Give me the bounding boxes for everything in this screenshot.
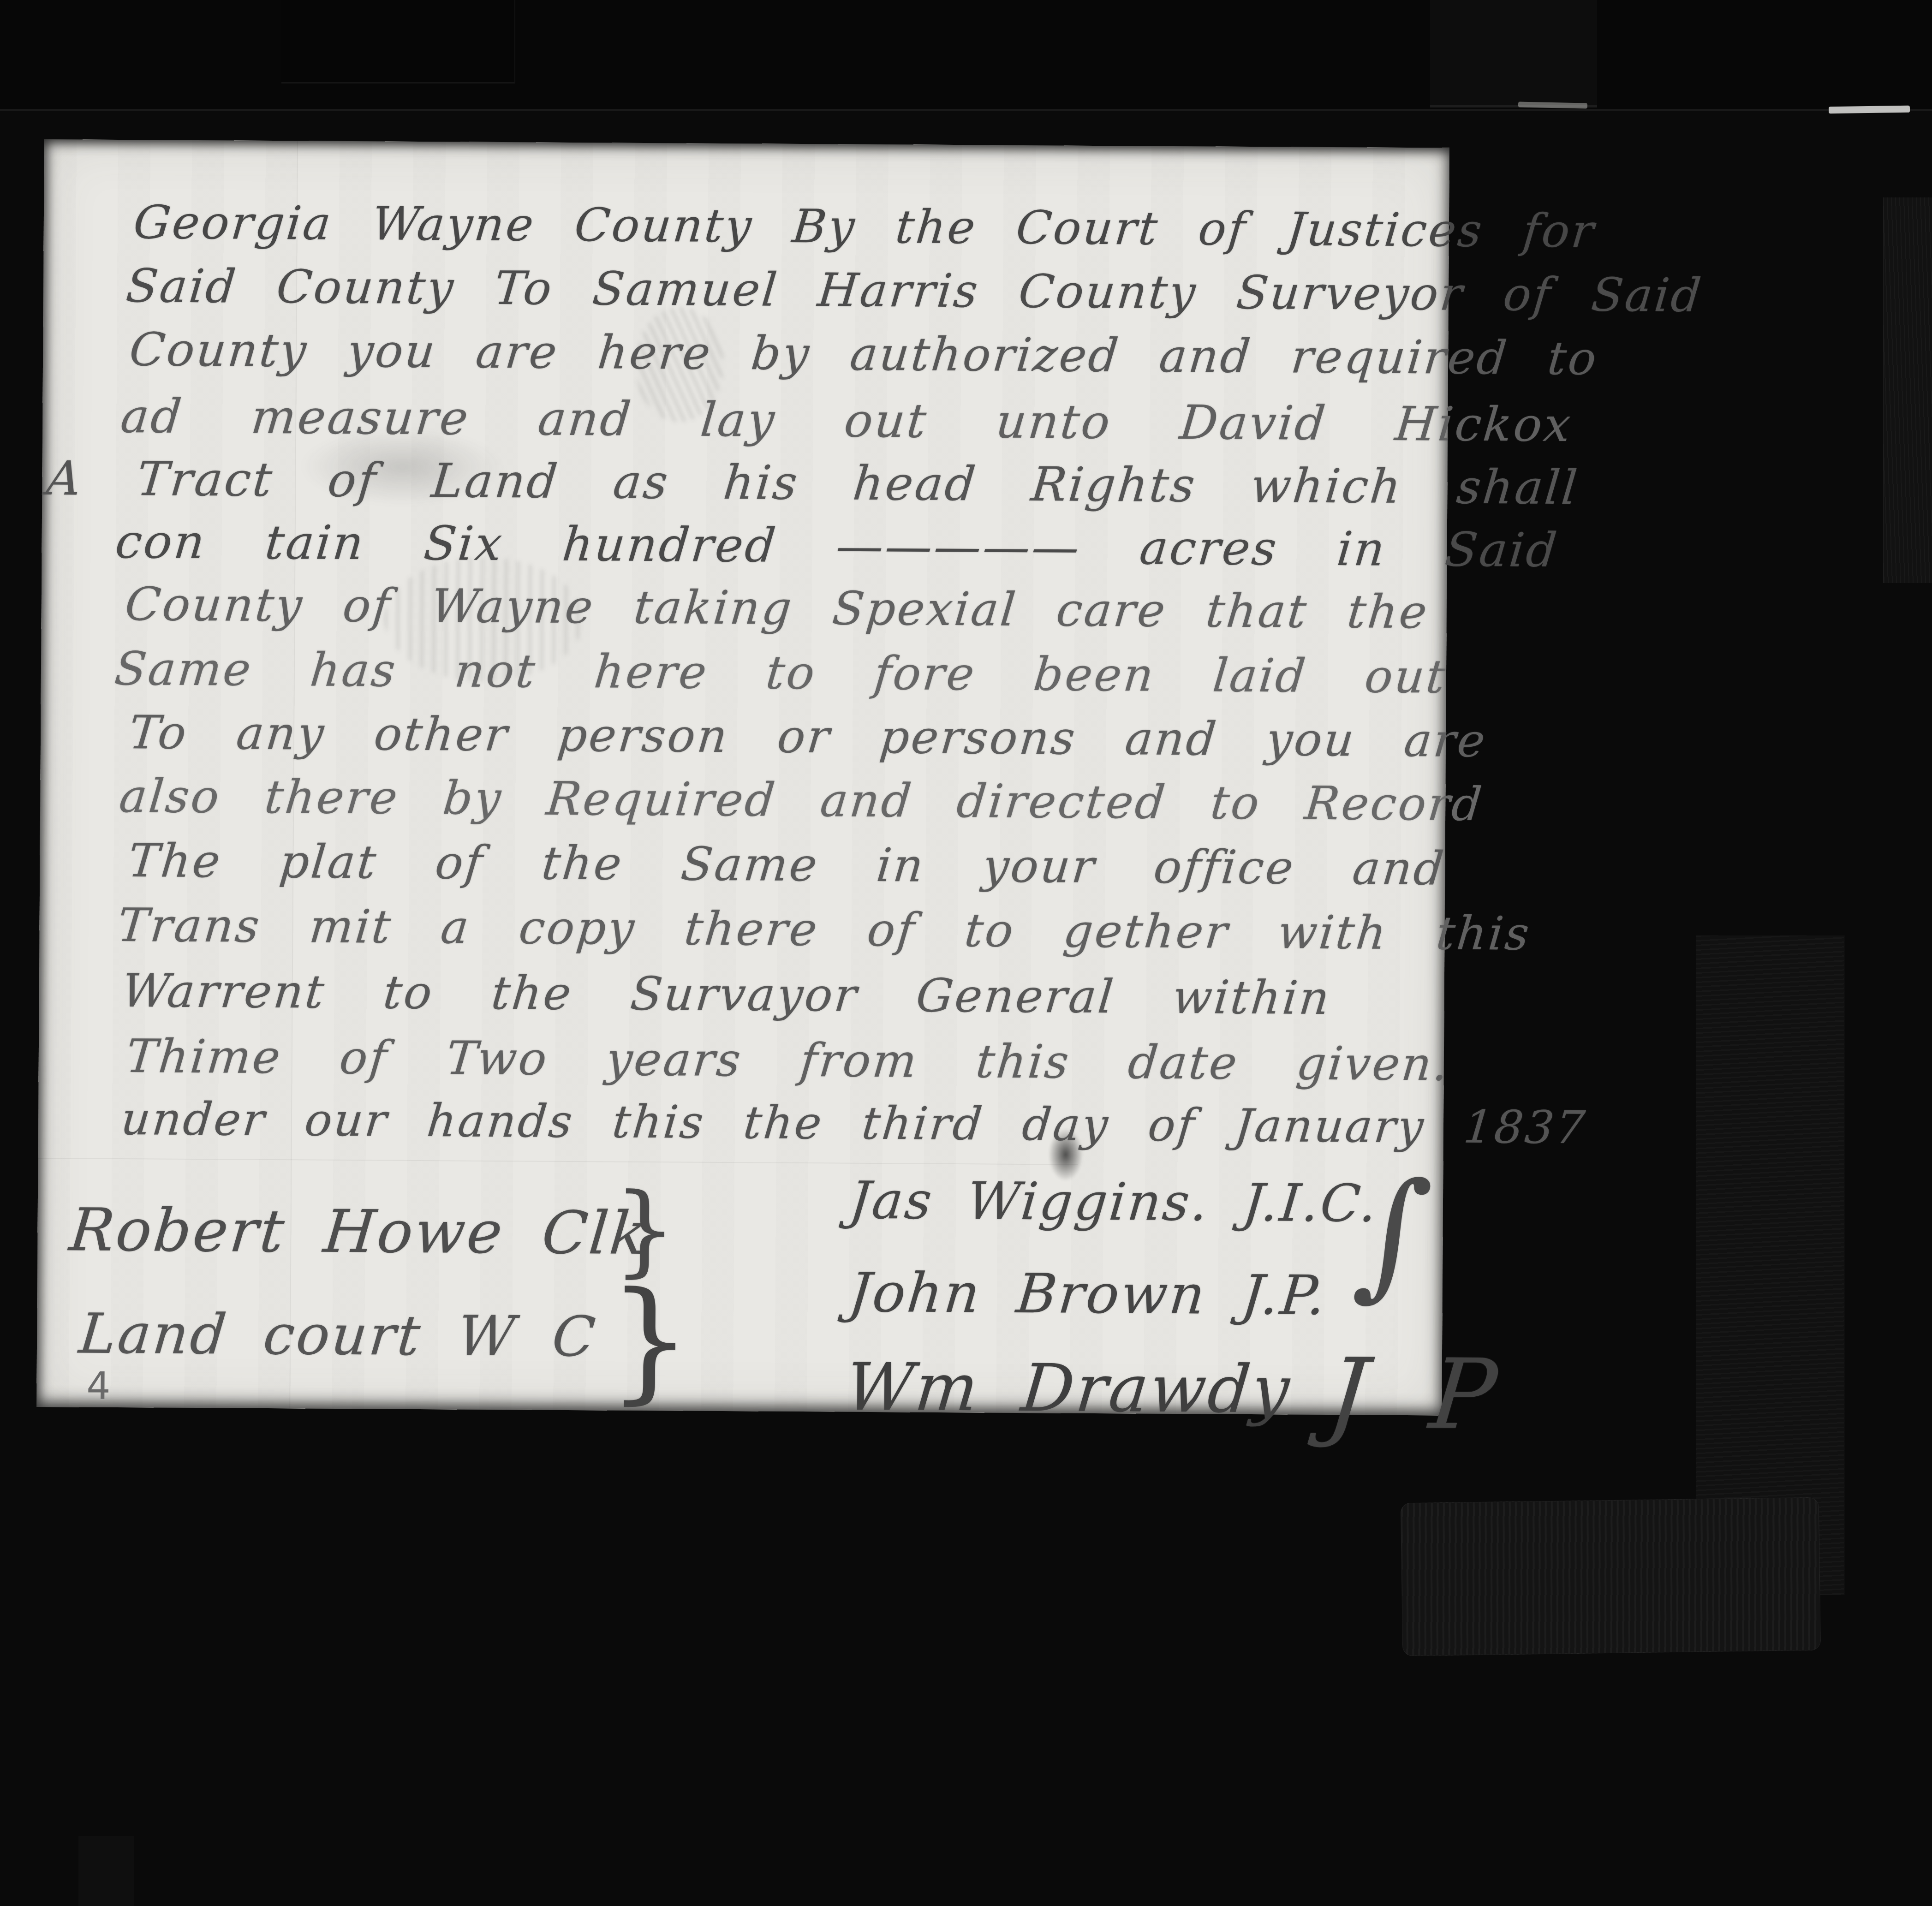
torn-paper-sliver-right bbox=[1829, 106, 1910, 113]
handwritten-line-2: Said County To Samuel Harris County Surv… bbox=[124, 259, 1705, 322]
handwritten-line-3: County you are here by authorized and re… bbox=[127, 322, 1600, 385]
handwritten-line-1: Georgia Wayne County By the Court of Jus… bbox=[131, 195, 1598, 258]
handwritten-line-8: Same has not here to fore been laid out bbox=[113, 642, 1449, 704]
handwritten-line-10: also there by Required and directed to R… bbox=[117, 769, 1486, 831]
handwritten-line-9: To any other person or persons and you a… bbox=[127, 705, 1490, 768]
tape-strip-vertical bbox=[1696, 935, 1844, 1595]
tape-patch-right-edge bbox=[1883, 197, 1932, 583]
signature-john-brown: John Brown J.P. bbox=[846, 1261, 1330, 1327]
handwritten-line-4: ad measure and lay out unto David Hickox bbox=[119, 389, 1575, 453]
signature-suffix-jp: J P bbox=[1323, 1337, 1503, 1451]
tape-patch-crepe bbox=[1401, 1497, 1821, 1656]
album-seam-line bbox=[0, 109, 1932, 111]
handwritten-line-12: Trans mit a copy there of to gether with… bbox=[115, 898, 1533, 961]
signature-jas-wiggins: Jas Wiggins. J.I.C. bbox=[847, 1171, 1381, 1234]
tape-patch-top-right bbox=[1430, 0, 1597, 107]
handwritten-line-14: Thime of Two years from this date given. bbox=[124, 1029, 1452, 1091]
handwritten-line-15: under our hands this the third day of Ja… bbox=[119, 1093, 1589, 1154]
album-page: Georgia Wayne County By the Court of Jus… bbox=[0, 0, 1932, 1906]
tape-patch-top-left bbox=[281, 0, 515, 83]
handwritten-line-7: County of Wayne taking Spexial care that… bbox=[123, 577, 1431, 639]
signature-wm-drawdy: Wm Drawdy bbox=[843, 1349, 1294, 1428]
handwritten-line-5: A Tract of Land as his head Rights which… bbox=[44, 451, 1581, 515]
signature-flourish-icon: ∫ bbox=[1349, 1153, 1438, 1315]
page-number: 4 bbox=[86, 1364, 111, 1408]
signature-robert-howe: Robert Howe Clk bbox=[67, 1196, 651, 1268]
signature-land-court: Land court W C bbox=[77, 1302, 600, 1370]
handwritten-line-6: con tain Six hundred ————— acres in Said bbox=[113, 514, 1561, 578]
handwritten-line-13: Warrent to the Survayor General within bbox=[119, 964, 1333, 1025]
paper-sheet: Georgia Wayne County By the Court of Jus… bbox=[36, 139, 1449, 1416]
paper-crease-horizontal bbox=[38, 1158, 1078, 1165]
tape-patch-bottom-left bbox=[78, 1836, 134, 1906]
brace-icon: } bbox=[608, 1264, 692, 1418]
handwritten-line-11: The plat of the Same in your office and bbox=[126, 834, 1448, 895]
